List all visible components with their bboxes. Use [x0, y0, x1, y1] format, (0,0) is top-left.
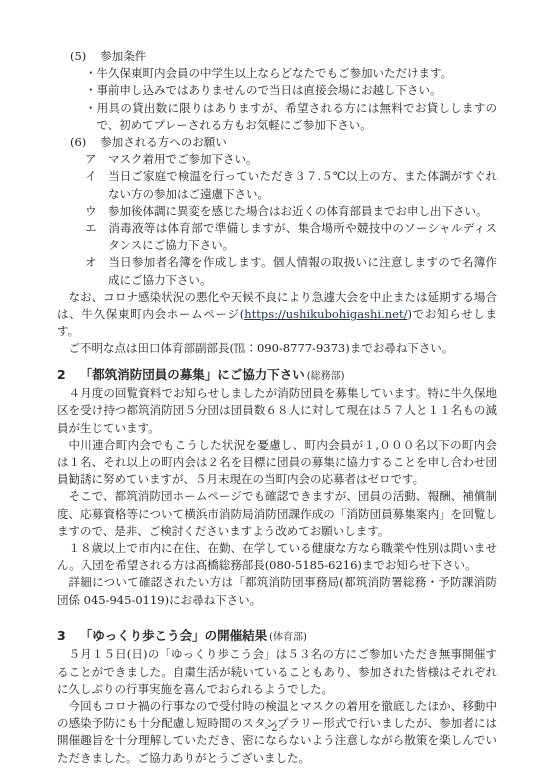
bullet-item: ・用具の貸出数に限りはありますが、希望される方には無料でお貸ししますので、初めて…: [57, 100, 497, 134]
page-number: - 2 -: [0, 720, 549, 737]
section-3-department: (体育部): [269, 632, 307, 643]
sub-item-a: アマスク着用でご参加下さい。: [57, 151, 497, 168]
sub-item-o: オ当日参加者名簿を作成します。個人情報の取扱いに注意しますので名簿作成にご協力下…: [57, 254, 497, 288]
section-2-title: 「都筑消防団員の募集」にご協力下さい: [80, 367, 305, 382]
sub-item-text: 参加後体調に異変を感じた場合はお近くの体育部員までお申し出下さい。: [108, 204, 488, 218]
sub-item-marker: イ: [85, 169, 97, 183]
paragraph: 詳細について確認されたい方は「都筑消防団事務局(都筑消防署総務・予防課消防団係 …: [57, 574, 497, 608]
bullet-item: ・牛久保東町内会員の中学生以上ならどなたでもご参加いただけます。: [57, 65, 497, 82]
paragraph: ４月度の回覧資料でお知らせしましたが消防団員を募集しています。特に牛久保地区を受…: [57, 385, 497, 437]
sub-item-text: 当日ご家庭で検温を行っていただき３７.５℃以上の方、また体調がすぐれない方の参加…: [108, 169, 497, 200]
sub-item-text: 消毒液等は体育部で準備しますが、集合場所や競技中のソーシャルディスタンスにご協力…: [108, 221, 497, 252]
sub-item-marker: ウ: [85, 204, 97, 218]
item-6-number: (6): [70, 135, 86, 149]
item-6-heading: (6)参加される方へのお願い: [57, 134, 497, 151]
sub-item-marker: ア: [85, 152, 97, 166]
contact-line: ご不明な点は田口体育部副部長(℡：090-8777-9373)までお尋ね下さい。: [57, 340, 497, 357]
sub-item-marker: エ: [85, 221, 97, 235]
sub-item-text: 当日参加者名簿を作成します。個人情報の取扱いに注意しますので名簿作成にご協力下さ…: [108, 255, 497, 286]
section-2-heading: 2「都筑消防団員の募集」にご協力下さい(総務部): [57, 366, 497, 386]
item-5-number: (5): [70, 49, 86, 63]
paragraph: そこで、都筑消防団ホームページでも確認できますが、団員の活動、報酬、補償制度、応…: [57, 488, 497, 540]
section-3-number: 3: [57, 628, 66, 643]
paragraph: 中川連合町内会でもこうした状況を憂慮し、町内会員が１,０００名以下の町内会は１名…: [57, 437, 497, 489]
section-2-number: 2: [57, 367, 66, 382]
item-5-title: 参加条件: [100, 49, 146, 63]
paragraph: １８歳以上で市内に在住、在勤、在学している健康な方なら職業や性別は問いません。入…: [57, 540, 497, 574]
paragraph: ５月１５日(日)の「ゆっくり歩こう会」は５３名の方にご参加いただき無事開催するこ…: [57, 646, 497, 698]
item-6-title: 参加される方へのお願い: [100, 135, 227, 149]
section-3-title: 「ゆっくり歩こう会」の開催結果: [80, 628, 267, 643]
cancellation-notice: なお、コロナ感染状況の悪化や天候不良により急遽大会を中止または延期する場合は、牛…: [57, 289, 497, 341]
section-3-heading: 3「ゆっくり歩こう会」の開催結果(体育部): [57, 627, 497, 647]
homepage-link[interactable]: https://ushikubohigashi.net/: [244, 307, 407, 321]
item-5-heading: (5)参加条件: [57, 48, 497, 65]
sub-item-e: エ消毒液等は体育部で準備しますが、集合場所や競技中のソーシャルディスタンスにご協…: [57, 220, 497, 254]
sub-item-marker: オ: [85, 255, 97, 269]
sub-item-text: マスク着用でご参加下さい。: [108, 152, 258, 166]
document-page: (5)参加条件 ・牛久保東町内会員の中学生以上ならどなたでもご参加いただけます。…: [0, 0, 549, 776]
sub-item-u: ウ参加後体調に異変を感じた場合はお近くの体育部員までお申し出下さい。: [57, 203, 497, 220]
bullet-item: ・事前申し込みではありませんので当日は直接会場にお越し下さい。: [57, 82, 497, 99]
sub-item-i: イ当日ご家庭で検温を行っていただき３７.５℃以上の方、また体調がすぐれない方の参…: [57, 168, 497, 202]
section-2-department: (総務部): [307, 371, 345, 382]
